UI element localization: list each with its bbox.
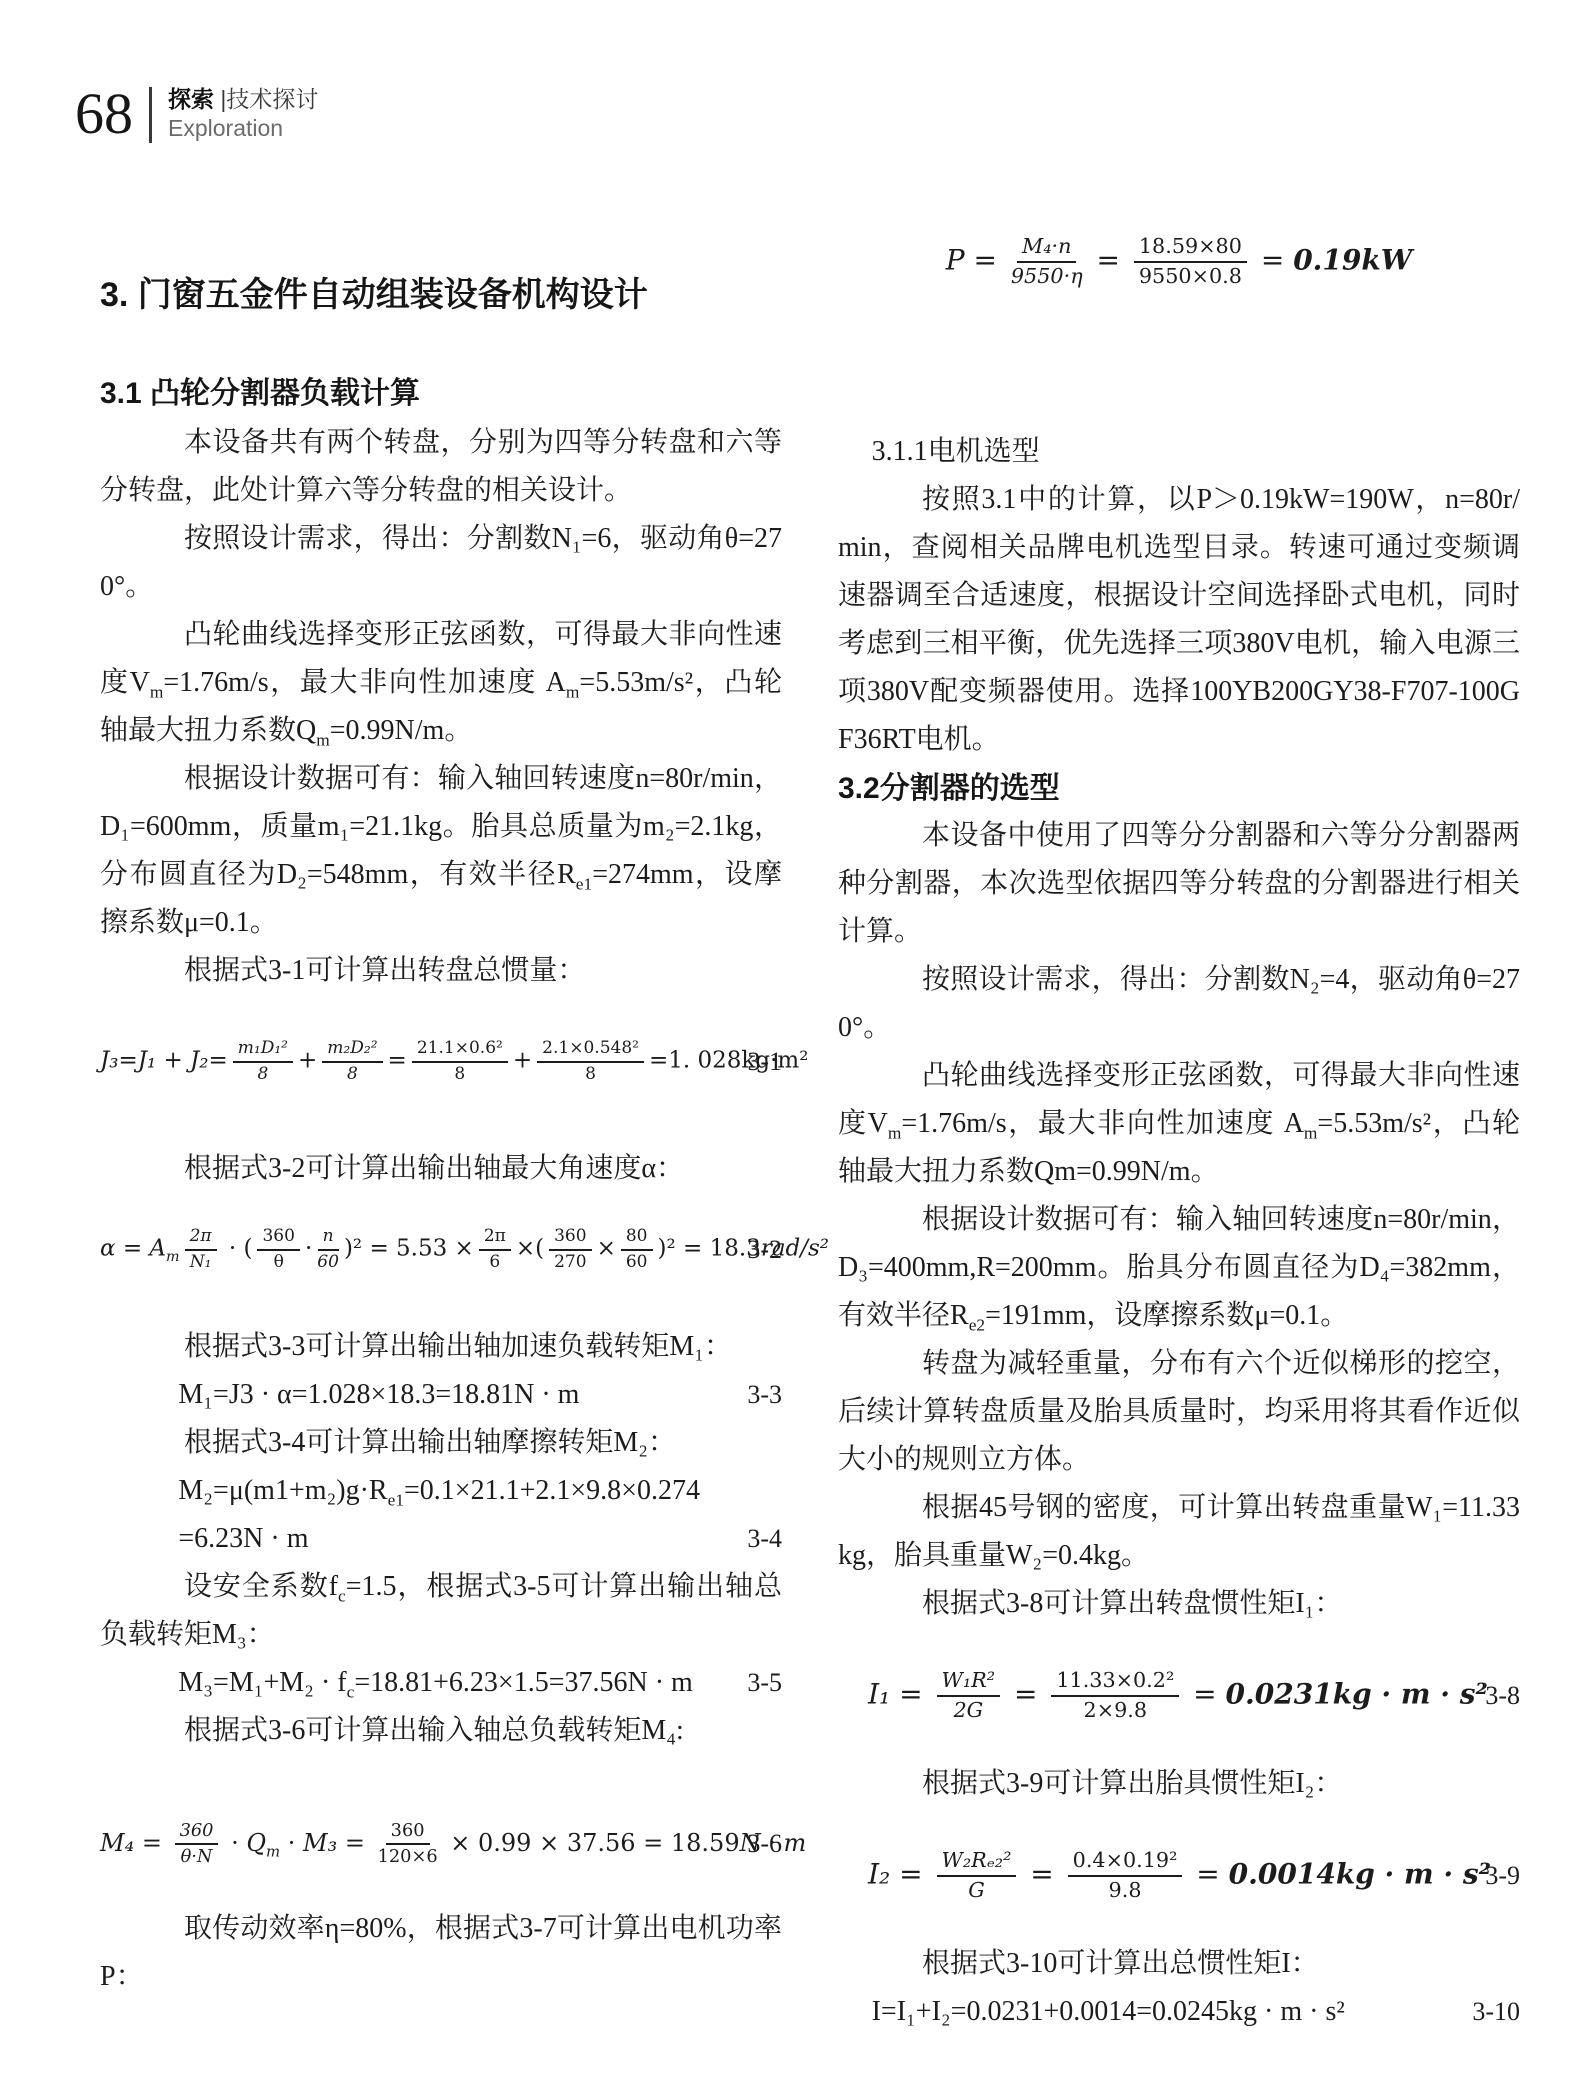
para-motor-selection: 按照3.1中的计算，以P＞0.19kW=190W，n=80r/min，查阅相关品… (838, 476, 1520, 764)
two-column-body: 3. 门窗五金件自动组装设备机构设计 3.1 凸轮分割器负载计算 本设备共有两个… (100, 209, 1520, 2036)
equation-label-3-10: 3-10 (1472, 1988, 1520, 2036)
para-eq33-intro: 根据式3-3可计算出输出轴加速负载转矩M₁： (100, 1323, 782, 1371)
equation-3-7: P = M₄·n9550·η = 18.59×809550×0.8 = 0.19… (838, 219, 1520, 305)
para-eq39-intro: 根据式3-9可计算出胎具惯性矩I₂： (838, 1760, 1520, 1808)
para-eq38-intro: 根据式3-8可计算出转盘惯性矩I₁： (838, 1580, 1520, 1628)
equation-label-3-5: 3-5 (747, 1659, 782, 1707)
column-name-cn: 探索 |技术探讨 (168, 85, 318, 113)
para-eq31-intro: 根据式3-1可计算出转盘总惯量： (100, 947, 782, 995)
para-device-overview: 本设备共有两个转盘，分别为四等分转盘和六等分转盘，此处计算六等分转盘的相关设计。 (100, 419, 782, 515)
para-turntable-lightening: 转盘为减轻重量，分布有六个近似梯形的挖空，后续计算转盘质量及胎具质量时，均采用将… (838, 1340, 1520, 1484)
equation-3-1: J₃=J₁ + J₂=m₁D₁²8+m₂D₂²8=21.1×0.6²8+2.1×… (100, 1019, 782, 1105)
equation-label-3-1: 3-1 (747, 1047, 782, 1077)
formula-3-4-part1: M₂=μ(m1+m₂)g·Re1=0.1×21.1+2.1×9.8×0.274 (100, 1467, 700, 1515)
equation-label-3-4: 3-4 (747, 1515, 782, 1563)
equation-label-3-2: 3-2 (747, 1235, 782, 1265)
equation-3-6: M₄ = 360θ·N · Qm · M₃ = 360120×6 × 0.99 … (100, 1801, 782, 1887)
para-eq32-intro: 根据式3-2可计算出输出轴最大角速度α： (100, 1145, 782, 1193)
equation-3-2: α = Am2πN₁ · (360θ·n60)² = 5.53 ×2π6×(36… (100, 1207, 782, 1293)
column-name-cn-sub: 技术探讨 (226, 86, 318, 112)
para-eq37-intro: 取传动效率η=80%，根据式3-7可计算出电机功率P： (100, 1905, 782, 2001)
page-number: 68 (75, 85, 133, 143)
equation-label-3-8: 3-8 (1485, 1681, 1520, 1711)
para-design-data-2: 根据设计数据可有：输入轴回转速度n=80r/min，D₃=400mm,R=200… (838, 1196, 1520, 1340)
equation-3-3: M₁=J3 · α=1.028×18.3=18.81N · m 3-3 (100, 1371, 782, 1419)
formula-3-3: M₁=J3 · α=1.028×18.3=18.81N · m (100, 1371, 579, 1419)
para-safety-factor: 设安全系数fc=1.5，根据式3-5可计算出输出轴总负载转矩M₃： (100, 1563, 782, 1659)
equation-3-10: I=I₁+I₂=0.0231+0.0014=0.0245kg · m · s² … (838, 1988, 1520, 2036)
heading-3-1-1: 3.1.1电机选型 (838, 428, 1520, 476)
para-eq34-intro: 根据式3-4可计算出输出轴摩擦转矩M₂： (100, 1419, 782, 1467)
para-eq310-intro: 根据式3-10可计算出总惯性矩I： (838, 1940, 1520, 1988)
para-design-requirement-2: 按照设计需求，得出：分割数N₂=4，驱动角θ=270°。 (838, 956, 1520, 1052)
column-name-en: Exploration (168, 115, 318, 142)
formula-3-7-power: P = M₄·n9550·η = 18.59×809550×0.8 = 0.19… (946, 235, 1412, 289)
formula-3-6: M₄ = 360θ·N · Qm · M₃ = 360120×6 × 0.99 … (100, 1821, 806, 1868)
equation-3-4-line1: M₂=μ(m1+m₂)g·Re1=0.1×21.1+2.1×9.8×0.274 (100, 1467, 782, 1515)
journal-page: 68 探索 |技术探讨 Exploration 3. 门窗五金件自动组装设备机构… (0, 0, 1595, 2086)
equation-3-9: I₂ = W₂Rₑ₂²G = 0.4×0.19²9.8 = 0.0014kg ·… (838, 1828, 1520, 1924)
column-name-cn-separator: | (214, 86, 226, 112)
section-3-title: 3. 门窗五金件自动组装设备机构设计 (100, 273, 782, 317)
equation-3-4-line2: =6.23N · m 3-4 (100, 1515, 782, 1563)
para-cam-curve-1: 凸轮曲线选择变形正弦函数，可得最大非向性速度Vm=1.76m/s，最大非向性加速… (100, 611, 782, 755)
equation-3-5: M₃=M₁+M₂ · fc=18.81+6.23×1.5=37.56N · m … (100, 1659, 782, 1707)
para-design-requirement-1: 按照设计需求，得出：分割数N₁=6，驱动角θ=270°。 (100, 515, 782, 611)
equation-3-8: I₁ = W₁R²2G = 11.33×0.2²2×9.8 = 0.0231kg… (838, 1648, 1520, 1744)
para-cam-curve-2: 凸轮曲线选择变形正弦函数，可得最大非向性速度Vm=1.76m/s，最大非向性加速… (838, 1052, 1520, 1196)
formula-3-8: I₁ = W₁R²2G = 11.33×0.2²2×9.8 = 0.0231kg… (868, 1669, 1488, 1723)
right-column: P = M₄·n9550·η = 18.59×809550×0.8 = 0.19… (838, 209, 1520, 2036)
equation-label-3-9: 3-9 (1485, 1861, 1520, 1891)
formula-3-4-part2: =6.23N · m (100, 1515, 309, 1563)
para-divider-overview: 本设备中使用了四等分分割器和六等分分割器两种分割器，本次选型依据四等分转盘的分割… (838, 812, 1520, 956)
para-eq36-intro: 根据式3-6可计算出输入轴总负载转矩M₄: (100, 1707, 782, 1755)
formula-3-10: I=I₁+I₂=0.0231+0.0014=0.0245kg · m · s² (838, 1988, 1345, 2036)
column-name-cn-bold: 探索 (168, 86, 214, 112)
header-text: 探索 |技术探讨 Exploration (168, 85, 318, 142)
header-divider (149, 87, 152, 143)
para-steel-density: 根据45号钢的密度，可计算出转盘重量W₁=11.33kg，胎具重量W₂=0.4k… (838, 1484, 1520, 1580)
heading-3-2: 3.2分割器的选型 (838, 770, 1520, 808)
left-column: 3. 门窗五金件自动组装设备机构设计 3.1 凸轮分割器负载计算 本设备共有两个… (100, 209, 782, 2036)
equation-label-3-6: 3-6 (747, 1829, 782, 1859)
formula-3-5: M₃=M₁+M₂ · fc=18.81+6.23×1.5=37.56N · m (100, 1659, 693, 1707)
formula-3-2: α = Am2πN₁ · (360θ·n60)² = 5.53 ×2π6×(36… (100, 1227, 829, 1272)
para-design-data-1: 根据设计数据可有：输入轴回转速度n=80r/min，D₁=600mm，质量m₁=… (100, 755, 782, 947)
page-header: 68 探索 |技术探讨 Exploration (75, 85, 1520, 147)
formula-3-1: J₃=J₁ + J₂=m₁D₁²8+m₂D₂²8=21.1×0.6²8+2.1×… (100, 1039, 808, 1084)
heading-3-1: 3.1 凸轮分割器负载计算 (100, 375, 782, 413)
formula-3-9: I₂ = W₂Rₑ₂²G = 0.4×0.19²9.8 = 0.0014kg ·… (868, 1849, 1491, 1903)
equation-label-3-3: 3-3 (747, 1371, 782, 1419)
